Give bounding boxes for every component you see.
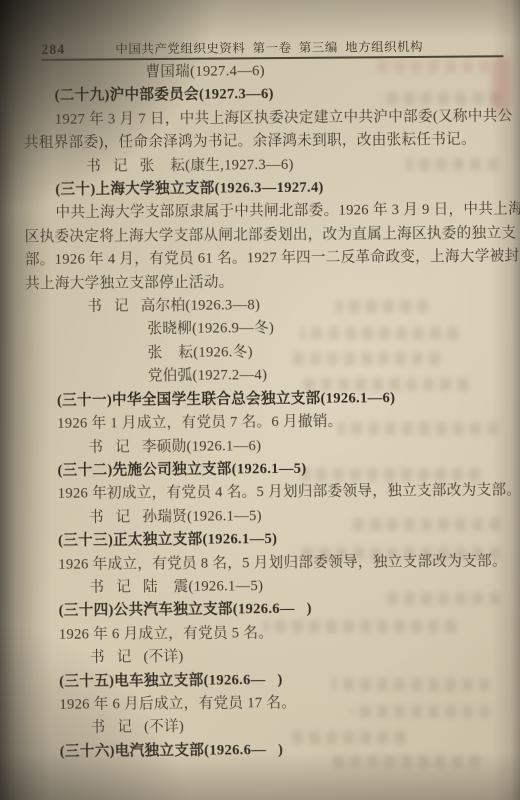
body-text-line: 1926 年 6 月成立，有党员 5 名。 xyxy=(59,620,512,647)
section-heading: (三十)上海大学独立支部(1926.3—1927.4) xyxy=(55,175,508,202)
secretary-line: 书 记 李硕勋(1926.1—6) xyxy=(88,433,510,460)
page-body-text: 曹国瑞(1927.4—6)(二十九)沪中部委员会(1927.3—6)1927 年… xyxy=(23,58,512,764)
body-text-line: 1927 年 3 月 7 日，中共上海区执委决定建立中共沪中部委(又称中共公 xyxy=(55,105,508,132)
section-heading: (三十四)公共汽车独立支部(1926.6— ) xyxy=(59,597,512,624)
secretary-name-line: 张 耘(1926.冬) xyxy=(148,339,510,365)
body-text-line: 部。1926 年 4 月，有党员 61 名。1927 年四一二反革命政变，上海大… xyxy=(25,245,509,272)
secretary-line: 书 记 孙瑞贤(1926.1—5) xyxy=(89,503,511,530)
secretary-line: 书 记 (不详) xyxy=(90,714,512,741)
body-text-line: 共租界部委)，任命余泽鸿为书记。余泽鸿未到职，改由张耘任书记。 xyxy=(24,128,508,155)
running-header-title: 中国共产党组织史资料 第一卷 第三编 地方组织机构 xyxy=(65,36,473,58)
secretary-line: 书 记 高尔柏(1926.3—8) xyxy=(87,292,509,319)
secretary-name-line: 张晓柳(1926.9—冬) xyxy=(147,316,509,342)
secretary-line: 书 记 张 耘(康生,1927.3—6) xyxy=(86,152,508,179)
section-heading: (三十六)电汽独立支部(1926.6— ) xyxy=(60,737,513,764)
section-heading: (三十二)先施公司独立支部(1926.1—5) xyxy=(57,456,510,483)
section-heading: (二十九)沪中部委员会(1927.3—6) xyxy=(55,82,508,109)
section-heading: (三十一)中华全国学生联合总会独立支部(1926.1—6) xyxy=(57,386,510,413)
section-heading: (三十三)正太独立支部(1926.1—5) xyxy=(58,526,511,553)
body-text-line: 1926 年成立，有党员 8 名，5 月划归部委领导，独立支部改为支部。 xyxy=(58,550,511,577)
body-text-line: 中共上海大学支部原隶属于中共闸北部委。1926 年 3 月 9 日，中共上海 xyxy=(55,199,508,226)
body-text-line: 1926 年初成立，有党员 4 名。5 月划归部委领导，独立支部改为支部。 xyxy=(58,480,511,507)
secretary-line: 书 记 (不详) xyxy=(90,643,512,670)
body-text-line: 1926 年 6 月后成立，有党员 17 名。 xyxy=(59,690,512,717)
officeholder-line: 曹国瑞(1927.4—6) xyxy=(145,58,507,84)
secretary-line: 书 记 陆 震(1926.1—5) xyxy=(89,573,511,600)
book-page-photo: 284 中国共产党组织史资料 第一卷 第三编 地方组织机构 曹国瑞(1927.4… xyxy=(0,0,520,800)
secretary-name-line: 党伯弧(1927.2—4) xyxy=(148,363,510,389)
running-header: 284 中国共产党组织史资料 第一卷 第三编 地方组织机构 xyxy=(41,35,503,61)
body-text-line: 1926 年 1 月成立，有党员 7 名。6 月撤销。 xyxy=(57,409,510,436)
section-heading: (三十五)电车独立支部(1926.6— ) xyxy=(59,667,512,694)
page-number: 284 xyxy=(41,43,65,59)
